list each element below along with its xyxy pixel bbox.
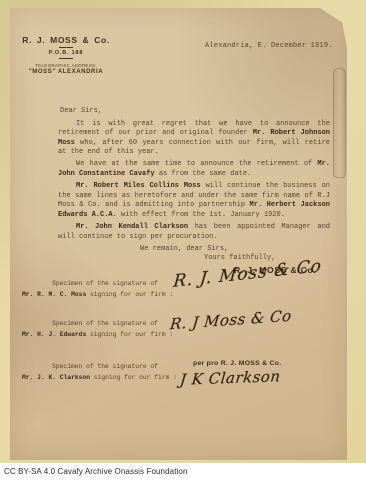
specimen-caption-clarkson: Specimen of the signature of Mr. J. K. C…: [22, 362, 188, 383]
paragraph-3: Mr. Robert Miles Collins Moss will conti…: [58, 182, 330, 220]
bold-name: Mr. Robert Miles Collins Moss: [76, 182, 201, 190]
specimen-caption-rest: signing for our firm :: [86, 291, 173, 298]
scanned-letter-page: R. J. MOSS & Co. P.O.B. 188 TELEGRAPHIC …: [0, 0, 366, 480]
dateline: Alexandria, E. December 1919.: [205, 42, 333, 50]
per-pro-line: per pro R. J. MOSS & Co.: [193, 360, 281, 367]
letter-paper: R. J. MOSS & Co. P.O.B. 188 TELEGRAPHIC …: [10, 8, 347, 460]
letterhead: R. J. MOSS & Co. P.O.B. 188 TELEGRAPHIC …: [21, 35, 111, 75]
letterhead-pob: P.O.B. 188: [21, 50, 111, 56]
paragraph-2: We have at the same time to announce the…: [58, 160, 330, 179]
letter-body: Dear Sirs, It is with great regret that …: [58, 107, 330, 276]
bold-name: Mr. John Kendall Clarkson: [76, 223, 188, 231]
specimen-caption-edwards: Specimen of the signature of Mr. H. J. E…: [22, 319, 188, 340]
specimen-caption-line2: Mr. J. K. Clarkson signing for our firm …: [22, 373, 188, 384]
specimen-caption-rest: signing for our firm :: [86, 331, 173, 338]
paragraph-text: with effect from the 1st. January 1920.: [117, 211, 285, 219]
paragraph-1: It is with great regret that we have to …: [58, 120, 330, 158]
salutation: Dear Sirs,: [60, 107, 330, 117]
license-text: CC BY-SA 4.0 Cavafy Archive Onassis Foun…: [0, 467, 188, 476]
specimen-caption-line1: Specimen of the signature of: [22, 319, 188, 330]
specimen-name: Mr. H. J. Edwards: [22, 331, 86, 338]
specimen-caption-line1: Specimen of the signature of: [22, 362, 188, 373]
letterhead-company: R. J. MOSS & Co.: [21, 35, 111, 45]
signature-hj-edwards: R. J Moss & Co: [169, 307, 292, 334]
letterhead-rule: [59, 58, 73, 59]
paragraph-text: as from the same date.: [155, 170, 252, 178]
license-bar: CC BY-SA 4.0 Cavafy Archive Onassis Foun…: [0, 463, 366, 480]
crease-mark: [333, 68, 346, 178]
specimen-caption-line2: Mr. H. J. Edwards signing for our firm :: [22, 330, 188, 341]
specimen-caption-moss: Specimen of the signature of Mr. R. M. C…: [22, 279, 188, 300]
specimen-caption-line2: Mr. R. M. C. Moss signing for our firm :: [22, 290, 188, 301]
specimen-name: Mr. J. K. Clarkson: [22, 374, 90, 381]
letterhead-rule: [59, 47, 73, 48]
specimen-name: Mr. R. M. C. Moss: [22, 291, 86, 298]
paragraph-text: who, after 60 years connection with our …: [58, 139, 330, 157]
specimen-caption-rest: signing for our firm :: [90, 374, 177, 381]
paragraph-4: Mr. John Kendall Clarkson has been appoi…: [58, 223, 330, 242]
telegraphic-address-value: "MOSS" ALEXANDRIA: [21, 69, 111, 75]
specimen-caption-line1: Specimen of the signature of: [22, 279, 188, 290]
signature-jk-clarkson: J K Clarkson: [179, 367, 281, 389]
paragraph-text: We have at the same time to announce the…: [76, 160, 317, 168]
telegraphic-address-label: TELEGRAPHIC ADDRESS:: [21, 63, 111, 68]
closing-we-remain: We remain, dear Sirs,: [140, 245, 330, 255]
